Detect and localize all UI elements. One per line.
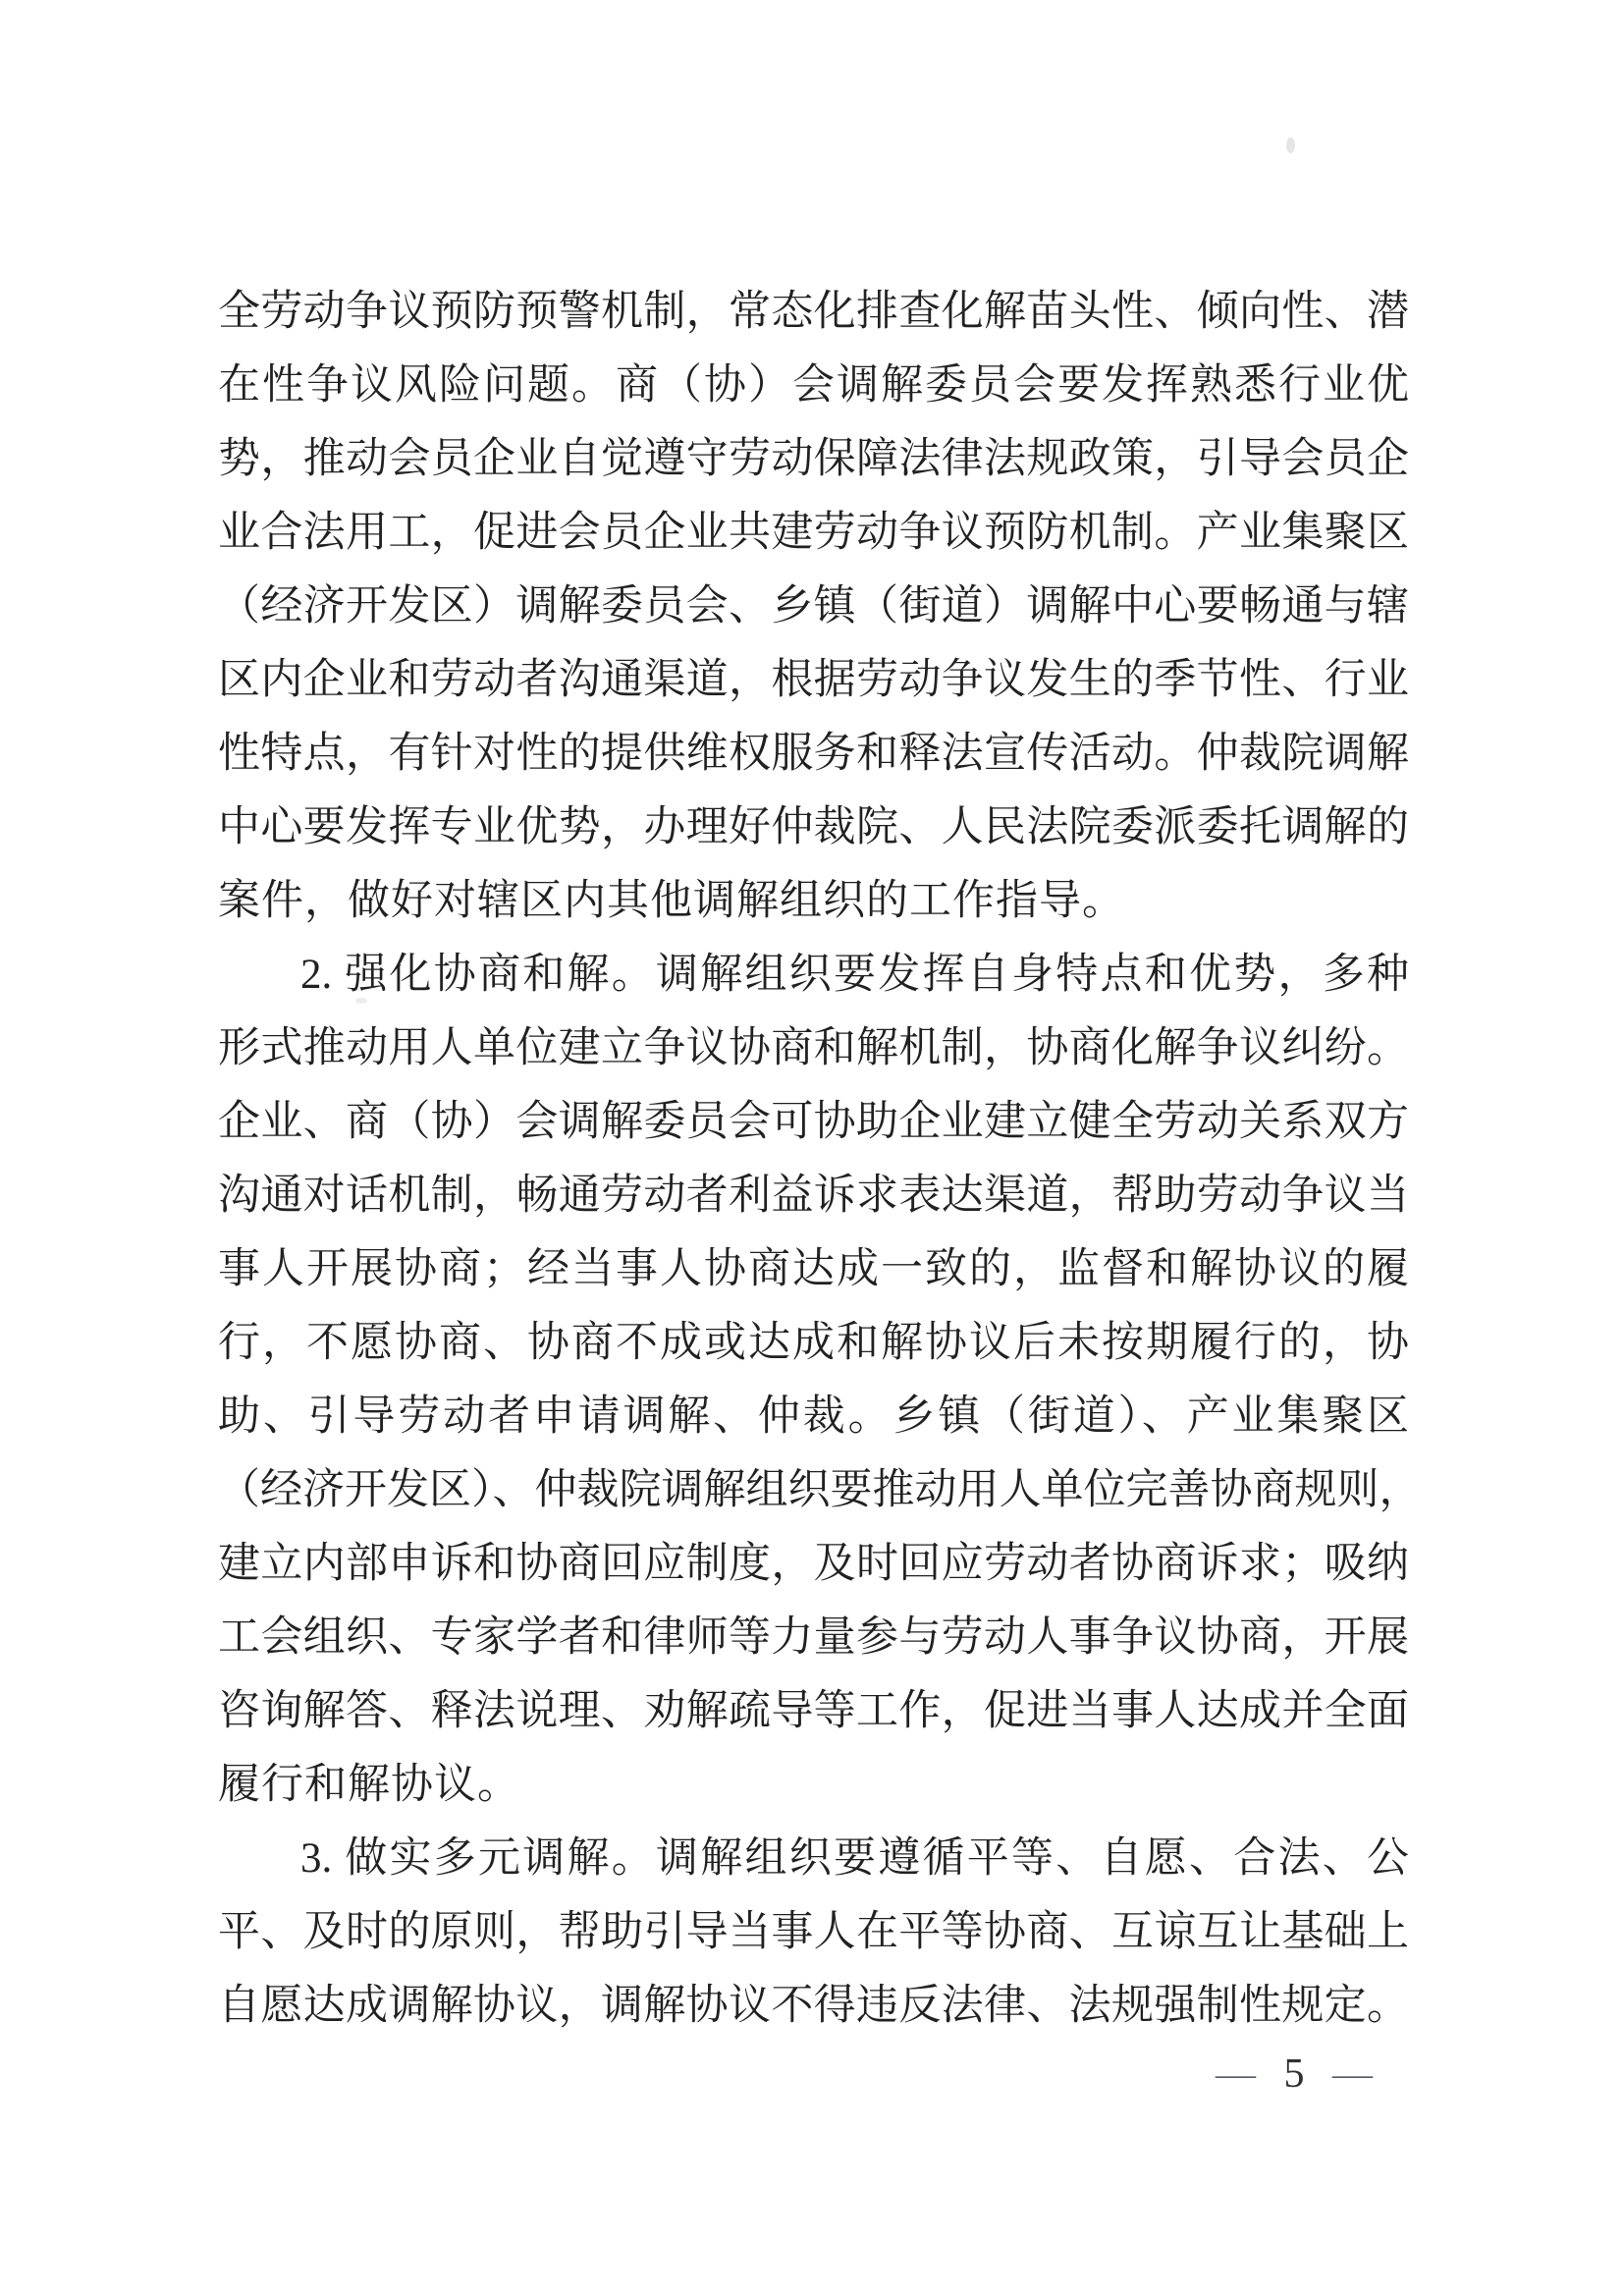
- text-line: （经济开发区）调解委员会、乡镇（街道）调解中心要畅通与辖: [218, 570, 1409, 643]
- text-line: 履行和解协议。: [218, 1748, 1409, 1822]
- text-line: 全劳动争议预防预警机制，常态化排查化解苗头性、倾向性、潜: [218, 275, 1409, 349]
- text-line: 工会组织、专家学者和律师等力量参与劳动人事争议协商，开展: [218, 1601, 1409, 1674]
- text-line: 建立内部申诉和协商回应制度，及时回应劳动者协商诉求；吸纳: [218, 1527, 1409, 1601]
- text-line: 业合法用工，促进会员企业共建劳动争议预防机制。产业集聚区: [218, 496, 1409, 570]
- page-number: 5: [1284, 2050, 1305, 2098]
- document-body: 全劳动争议预防预警机制，常态化排查化解苗头性、倾向性、潜在性争议风险问题。商（协…: [218, 275, 1409, 2043]
- text-line: 在性争议风险问题。商（协）会调解委员会要发挥熟悉行业优: [218, 349, 1409, 422]
- scan-artifact: [1286, 137, 1295, 153]
- text-line: 性特点，有针对性的提供维权服务和释法宣传活动。仲裁院调解: [218, 717, 1409, 791]
- text-line: 企业、商（协）会调解委员会可协助企业建立健全劳动关系双方: [218, 1085, 1409, 1159]
- text-line: 形式推动用人单位建立争议协商和解机制，协商化解争议纠纷。: [218, 1011, 1409, 1085]
- text-line: （经济开发区）、仲裁院调解组织要推动用人单位完善协商规则，: [218, 1453, 1409, 1527]
- text-line: 区内企业和劳动者沟通渠道，根据劳动争议发生的季节性、行业: [218, 643, 1409, 717]
- text-line: 2. 强化协商和解。调解组织要发挥自身特点和优势，多种: [218, 938, 1409, 1011]
- text-line: 咨询解答、释法说理、劝解疏导等工作，促进当事人达成并全面: [218, 1674, 1409, 1748]
- text-line: 平、及时的原则，帮助引导当事人在平等协商、互谅互让基础上: [218, 1895, 1409, 1969]
- document-page: 全劳动争议预防预警机制，常态化排查化解苗头性、倾向性、潜在性争议风险问题。商（协…: [0, 0, 1623, 2296]
- text-line: 中心要发挥专业优势，办理好仲裁院、人民法院委派委托调解的: [218, 791, 1409, 864]
- text-line: 案件，做好对辖区内其他调解组织的工作指导。: [218, 864, 1409, 938]
- text-line: 3. 做实多元调解。调解组织要遵循平等、自愿、合法、公: [218, 1822, 1409, 1895]
- text-line: 助、引导劳动者申请调解、仲裁。乡镇（街道）、产业集聚区: [218, 1380, 1409, 1453]
- scan-artifact: [355, 998, 367, 1004]
- text-line: 事人开展协商；经当事人协商达成一致的，监督和解协议的履: [218, 1232, 1409, 1306]
- text-line: 行，不愿协商、协商不成或达成和解协议后未按期履行的，协: [218, 1306, 1409, 1380]
- text-line: 自愿达成调解协议，调解协议不得违反法律、法规强制性规定。: [218, 1969, 1409, 2043]
- text-line: 沟通对话机制，畅通劳动者利益诉求表达渠道，帮助劳动争议当: [218, 1159, 1409, 1232]
- text-line: 势，推动会员企业自觉遵守劳动保障法律法规政策，引导会员企: [218, 422, 1409, 496]
- footer-dash-right: —: [1332, 2055, 1373, 2093]
- footer-dash-left: —: [1216, 2055, 1256, 2093]
- page-footer: — 5 —: [1216, 2050, 1373, 2098]
